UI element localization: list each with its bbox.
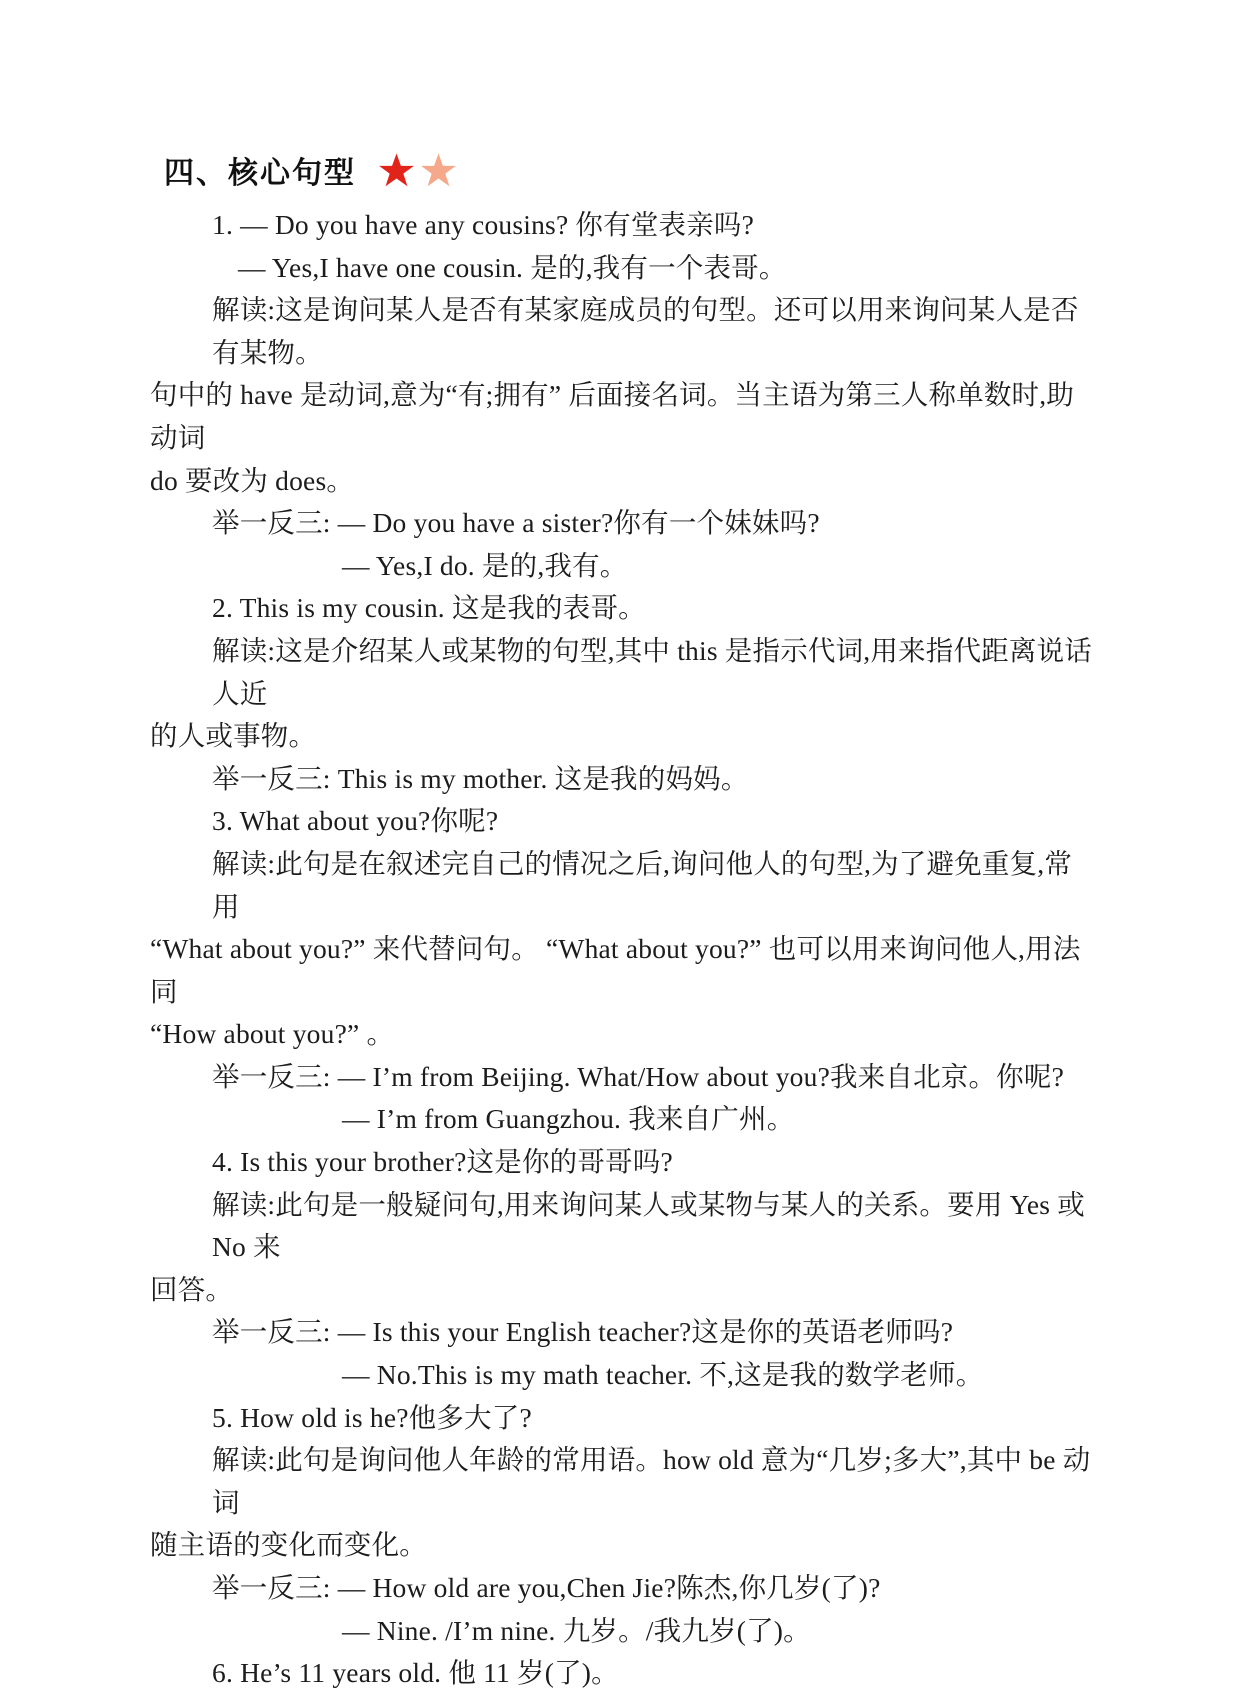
text-line: 6. He’s 11 years old. 他 11 岁(了)。 (150, 1652, 1098, 1695)
text-line: 回答。 (150, 1269, 1098, 1312)
text-line: 解读:此句是一般疑问句,用来询问某人或某物与某人的关系。要用 Yes 或 No … (150, 1184, 1098, 1269)
content-lines: 1. — Do you have any cousins? 你有堂表亲吗?— Y… (150, 204, 1098, 1695)
text-line: 句中的 have 是动词,意为“有;拥有” 后面接名词。当主语为第三人称单数时,… (150, 374, 1098, 459)
text-line: 1. — Do you have any cousins? 你有堂表亲吗? (150, 204, 1098, 247)
text-line: do 要改为 does。 (150, 460, 1098, 503)
text-line: 解读:这是询问某人是否有某家庭成员的句型。还可以用来询问某人是否有某物。 (150, 289, 1098, 374)
text-line: 3. What about you?你呢? (150, 800, 1098, 843)
text-line: — Nine. /I’m nine. 九岁。/我九岁(了)。 (150, 1610, 1098, 1653)
star-light-icon (420, 152, 457, 189)
text-line: 举一反三: — Do you have a sister?你有一个妹妹吗? (150, 502, 1098, 545)
document-page: 四、核心句型 1. — Do you have any cousins? 你有堂… (0, 0, 1240, 1512)
text-line: — Yes,I do. 是的,我有。 (150, 545, 1098, 588)
text-line: 解读:这是介绍某人或某物的句型,其中 this 是指示代词,用来指代距离说话人近 (150, 630, 1098, 715)
text-line: “What about you?” 来代替问句。 “What about you… (150, 928, 1098, 1013)
text-line: 的人或事物。 (150, 715, 1098, 758)
text-line: 解读:此句是在叙述完自己的情况之后,询问他人的句型,为了避免重复,常用 (150, 843, 1098, 928)
text-line: 举一反三: — How old are you,Chen Jie?陈杰,你几岁(… (150, 1567, 1098, 1610)
star-filled-icon (378, 152, 415, 189)
text-line: 2. This is my cousin. 这是我的表哥。 (150, 587, 1098, 630)
text-line: — I’m from Guangzhou. 我来自广州。 (150, 1098, 1098, 1141)
text-line: 随主语的变化而变化。 (150, 1524, 1098, 1567)
text-line: 5. How old is he?他多大了? (150, 1397, 1098, 1440)
text-line: — No.This is my math teacher. 不,这是我的数学老师… (150, 1354, 1098, 1397)
section-heading: 四、核心句型 (150, 148, 1145, 192)
text-line: 举一反三: This is my mother. 这是我的妈妈。 (150, 758, 1098, 801)
difficulty-stars (378, 152, 457, 189)
section-title: 四、核心句型 (164, 148, 356, 192)
text-line: 举一反三: — Is this your English teacher?这是你… (150, 1311, 1098, 1354)
text-line: 4. Is this your brother?这是你的哥哥吗? (150, 1141, 1098, 1184)
text-line: — Yes,I have one cousin. 是的,我有一个表哥。 (150, 247, 1098, 290)
text-line: “How about you?” 。 (150, 1013, 1098, 1056)
text-line: 举一反三: — I’m from Beijing. What/How about… (150, 1056, 1098, 1099)
